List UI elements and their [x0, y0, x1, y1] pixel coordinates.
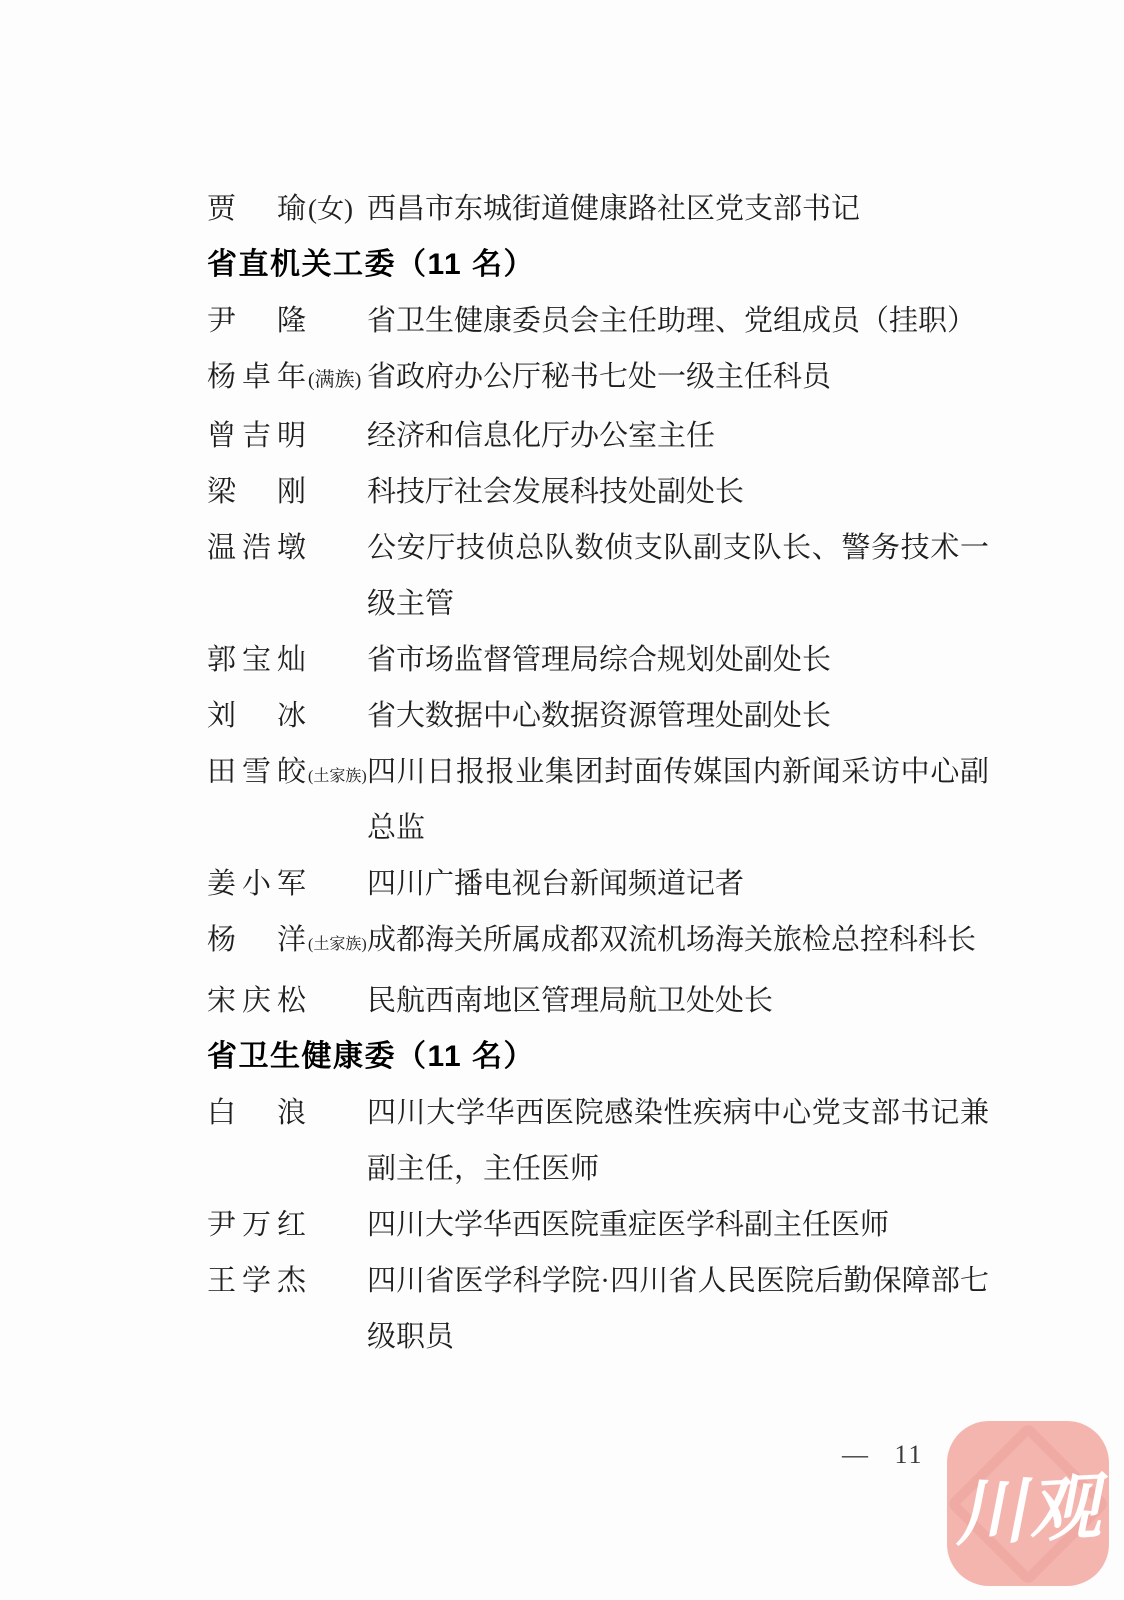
section-heading: 省卫生健康委（11 名）: [207, 1029, 989, 1085]
person-row: 王学杰四川省医学科学院·四川省人民医院后勤保障部七级职员: [207, 1253, 989, 1365]
person-name-column: 杨卓年(满族): [207, 349, 367, 408]
person-position-description: 省卫生健康委员会主任助理、党组成员（挂职）: [367, 293, 989, 349]
person-row: 尹万红四川大学华西医院重症医学科副主任医师: [207, 1197, 989, 1253]
person-position-description: 省市场监督管理局综合规划处副处长: [367, 632, 989, 688]
person-name: 王学杰: [207, 1253, 312, 1309]
person-position-description: 民航西南地区管理局航卫处处长: [367, 973, 989, 1029]
person-name-column: 田雪皎(土家族): [207, 744, 367, 805]
person-name-column: 刘 冰: [207, 688, 367, 744]
person-position-description: 成都海关所属成都双流机场海关旅检总控科科长: [367, 912, 989, 968]
person-row: 杨卓年(满族)省政府办公厅秘书七处一级主任科员: [207, 349, 989, 408]
person-name-column: 曾吉明: [207, 408, 367, 464]
person-row: 姜小军四川广播电视台新闻频道记者: [207, 856, 989, 912]
person-position-description: 公安厅技侦总队数侦支队副支队长、警务技术一级主管: [367, 520, 989, 632]
person-name-column: 姜小军: [207, 856, 367, 912]
person-name: 温浩墩: [207, 520, 312, 576]
person-ethnic-gender-annotation: (女): [308, 181, 353, 237]
person-name: 尹万红: [207, 1197, 312, 1253]
person-name-column: 宋庆松: [207, 973, 367, 1029]
person-row: 宋庆松民航西南地区管理局航卫处处长: [207, 973, 989, 1029]
person-row: 刘 冰省大数据中心数据资源管理处副处长: [207, 688, 989, 744]
person-position-description: 省政府办公厅秘书七处一级主任科员: [367, 349, 989, 405]
person-row: 白 浪四川大学华西医院感染性疾病中心党支部书记兼副主任，主任医师: [207, 1085, 989, 1197]
person-position-description: 四川省医学科学院·四川省人民医院后勤保障部七级职员: [367, 1253, 989, 1365]
person-name: 梁 刚: [207, 464, 312, 520]
person-name-column: 郭宝灿: [207, 632, 367, 688]
person-ethnic-gender-annotation: (土家族): [308, 749, 367, 805]
person-name: 刘 冰: [207, 688, 312, 744]
person-row: 田雪皎(土家族)四川日报报业集团封面传媒国内新闻采访中心副总监: [207, 744, 989, 856]
person-position-description: 科技厅社会发展科技处副处长: [367, 464, 989, 520]
person-name-column: 贾 瑜(女): [207, 181, 367, 237]
person-position-description: 四川大学华西医院重症医学科副主任医师: [367, 1197, 989, 1253]
person-position-description: 四川大学华西医院感染性疾病中心党支部书记兼副主任，主任医师: [367, 1085, 989, 1197]
person-position-description: 四川广播电视台新闻频道记者: [367, 856, 989, 912]
person-name: 杨 洋: [207, 912, 312, 968]
person-name: 曾吉明: [207, 408, 312, 464]
chuanguan-watermark-logo: 川观: [947, 1421, 1109, 1586]
person-name: 白 浪: [207, 1085, 312, 1141]
person-row: 曾吉明经济和信息化厅办公室主任: [207, 408, 989, 464]
person-row: 贾 瑜(女)西昌市东城街道健康路社区党支部书记: [207, 181, 989, 237]
person-ethnic-gender-annotation: (土家族): [308, 917, 367, 973]
person-name: 宋庆松: [207, 973, 312, 1029]
person-row: 温浩墩公安厅技侦总队数侦支队副支队长、警务技术一级主管: [207, 520, 989, 632]
person-name-column: 尹万红: [207, 1197, 367, 1253]
person-name: 田雪皎: [207, 744, 312, 800]
person-row: 梁 刚科技厅社会发展科技处副处长: [207, 464, 989, 520]
document-page: 贾 瑜(女)西昌市东城街道健康路社区党支部书记省直机关工委（11 名）尹 隆省卫…: [0, 0, 1124, 1600]
person-name-column: 梁 刚: [207, 464, 367, 520]
person-name-column: 杨 洋(土家族): [207, 912, 367, 973]
person-position-description: 经济和信息化厅办公室主任: [367, 408, 989, 464]
person-row: 杨 洋(土家族)成都海关所属成都双流机场海关旅检总控科科长: [207, 912, 989, 973]
person-position-description: 省大数据中心数据资源管理处副处长: [367, 688, 989, 744]
logo-text: 川观: [947, 1447, 1109, 1559]
person-name: 贾 瑜: [207, 181, 312, 237]
person-ethnic-gender-annotation: (满族): [308, 352, 361, 408]
person-name-column: 温浩墩: [207, 520, 367, 576]
person-row: 郭宝灿省市场监督管理局综合规划处副处长: [207, 632, 989, 688]
person-name: 尹 隆: [207, 293, 312, 349]
person-position-description: 西昌市东城街道健康路社区党支部书记: [367, 181, 989, 237]
roster-list: 贾 瑜(女)西昌市东城街道健康路社区党支部书记省直机关工委（11 名）尹 隆省卫…: [207, 181, 989, 1365]
person-name-column: 白 浪: [207, 1085, 367, 1141]
person-name: 杨卓年: [207, 349, 312, 405]
person-row: 尹 隆省卫生健康委员会主任助理、党组成员（挂职）: [207, 293, 989, 349]
person-name-column: 尹 隆: [207, 293, 367, 349]
person-name: 姜小军: [207, 856, 312, 912]
person-name-column: 王学杰: [207, 1253, 367, 1309]
person-name: 郭宝灿: [207, 632, 312, 688]
person-position-description: 四川日报报业集团封面传媒国内新闻采访中心副总监: [367, 744, 989, 856]
section-heading: 省直机关工委（11 名）: [207, 237, 989, 293]
